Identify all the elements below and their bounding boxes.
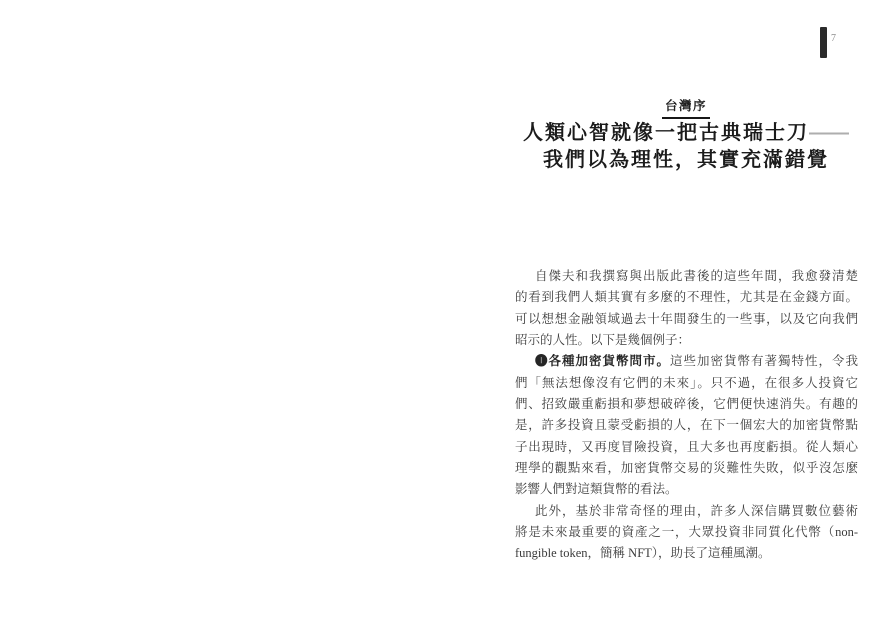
- paragraph: 自傑夫和我撰寫與出版此書後的這些年間，我愈發清楚的看到我們人類其實有多麼的不理性…: [515, 266, 858, 351]
- body-line: 是，許多投資且蒙受虧損的人，在下一個宏大的加密貨幣點: [515, 415, 858, 436]
- title-line-1: 人類心智就像一把古典瑞士刀——: [498, 120, 874, 147]
- body-line: 們、招致嚴重虧損和夢想破碎後，它們便快速消失。有趣的: [515, 394, 858, 415]
- text-segment: 影響人們對這類貨幣的看法。: [515, 482, 678, 496]
- text-segment: 可以想想金融領域過去十年間發生的一些事，以及它向我們: [515, 312, 858, 326]
- text-segment: 子出現時，又再度冒險投資，且大多也再度虧損。從人類心: [515, 440, 858, 454]
- page-number: 7: [831, 33, 836, 44]
- text-segment: 自傑夫和我撰寫與出版此書後的這些年間，我愈發清楚: [535, 269, 858, 283]
- text-segment: 們、招致嚴重虧損和夢想破碎後，它們便快速消失。有趣的: [515, 397, 858, 411]
- body-line: 的看到我們人類其實有多麼的不理性，尤其是在金錢方面。: [515, 287, 858, 308]
- section-label-wrap: 台灣序: [514, 96, 858, 119]
- title-line-2: 我們以為理性，其實充滿錯覺: [498, 147, 874, 174]
- body-line: 理學的觀點來看，加密貨幣交易的災難性失敗，似乎沒怎麼: [515, 458, 858, 479]
- text-segment: 理學的觀點來看，加密貨幣交易的災難性失敗，似乎沒怎麼: [515, 461, 858, 475]
- body-line: 將是未來最重要的資產之一，大眾投資非同質化代幣（non-: [515, 522, 858, 543]
- body-line: 們「無法想像沒有它們的未來」。只不過，在很多人投資它: [515, 373, 858, 394]
- title-dash: ——: [809, 122, 849, 144]
- text-segment: 將是未來最重要的資產之一，大眾投資非同質化代幣（non-: [515, 525, 858, 539]
- bold-lead-in: ❶各種加密貨幣問市。: [535, 354, 670, 368]
- body-text: 自傑夫和我撰寫與出版此書後的這些年間，我愈發清楚的看到我們人類其實有多麼的不理性…: [515, 266, 858, 565]
- text-segment: 的看到我們人類其實有多麼的不理性，尤其是在金錢方面。: [515, 290, 858, 304]
- body-line: ❶各種加密貨幣問市。這些加密貨幣有著獨特性，令我: [515, 351, 858, 372]
- section-label: 台灣序: [662, 96, 710, 119]
- body-line: 自傑夫和我撰寫與出版此書後的這些年間，我愈發清楚: [515, 266, 858, 287]
- text-segment: 昭示的人性。以下是幾個例子：: [515, 333, 690, 347]
- text-segment: fungible token，簡稱 NFT），助長了這種風潮。: [515, 546, 771, 560]
- text-segment: 們「無法想像沒有它們的未來」。只不過，在很多人投資它: [515, 376, 858, 390]
- paragraph: 此外，基於非常奇怪的理由，許多人深信購買數位藝術將是未來最重要的資產之一，大眾投…: [515, 501, 858, 565]
- body-line: 此外，基於非常奇怪的理由，許多人深信購買數位藝術: [515, 501, 858, 522]
- book-page: 7 台灣序 人類心智就像一把古典瑞士刀—— 我們以為理性，其實充滿錯覺 自傑夫和…: [0, 0, 884, 626]
- body-line: 子出現時，又再度冒險投資，且大多也再度虧損。從人類心: [515, 437, 858, 458]
- body-line: fungible token，簡稱 NFT），助長了這種風潮。: [515, 543, 858, 564]
- body-line: 可以想想金融領域過去十年間發生的一些事，以及它向我們: [515, 309, 858, 330]
- title-line-1-text: 人類心智就像一把古典瑞士刀: [523, 122, 809, 144]
- chapter-title: 人類心智就像一把古典瑞士刀—— 我們以為理性，其實充滿錯覺: [498, 120, 874, 173]
- body-line: 影響人們對這類貨幣的看法。: [515, 479, 858, 500]
- body-line: 昭示的人性。以下是幾個例子：: [515, 330, 858, 351]
- text-segment: 是，許多投資且蒙受虧損的人，在下一個宏大的加密貨幣點: [515, 418, 858, 432]
- chapter-edge-mark: [820, 27, 827, 58]
- paragraph: ❶各種加密貨幣問市。這些加密貨幣有著獨特性，令我們「無法想像沒有它們的未來」。只…: [515, 351, 858, 500]
- text-segment: 這些加密貨幣有著獨特性，令我: [670, 354, 858, 368]
- text-segment: 此外，基於非常奇怪的理由，許多人深信購買數位藝術: [535, 504, 858, 518]
